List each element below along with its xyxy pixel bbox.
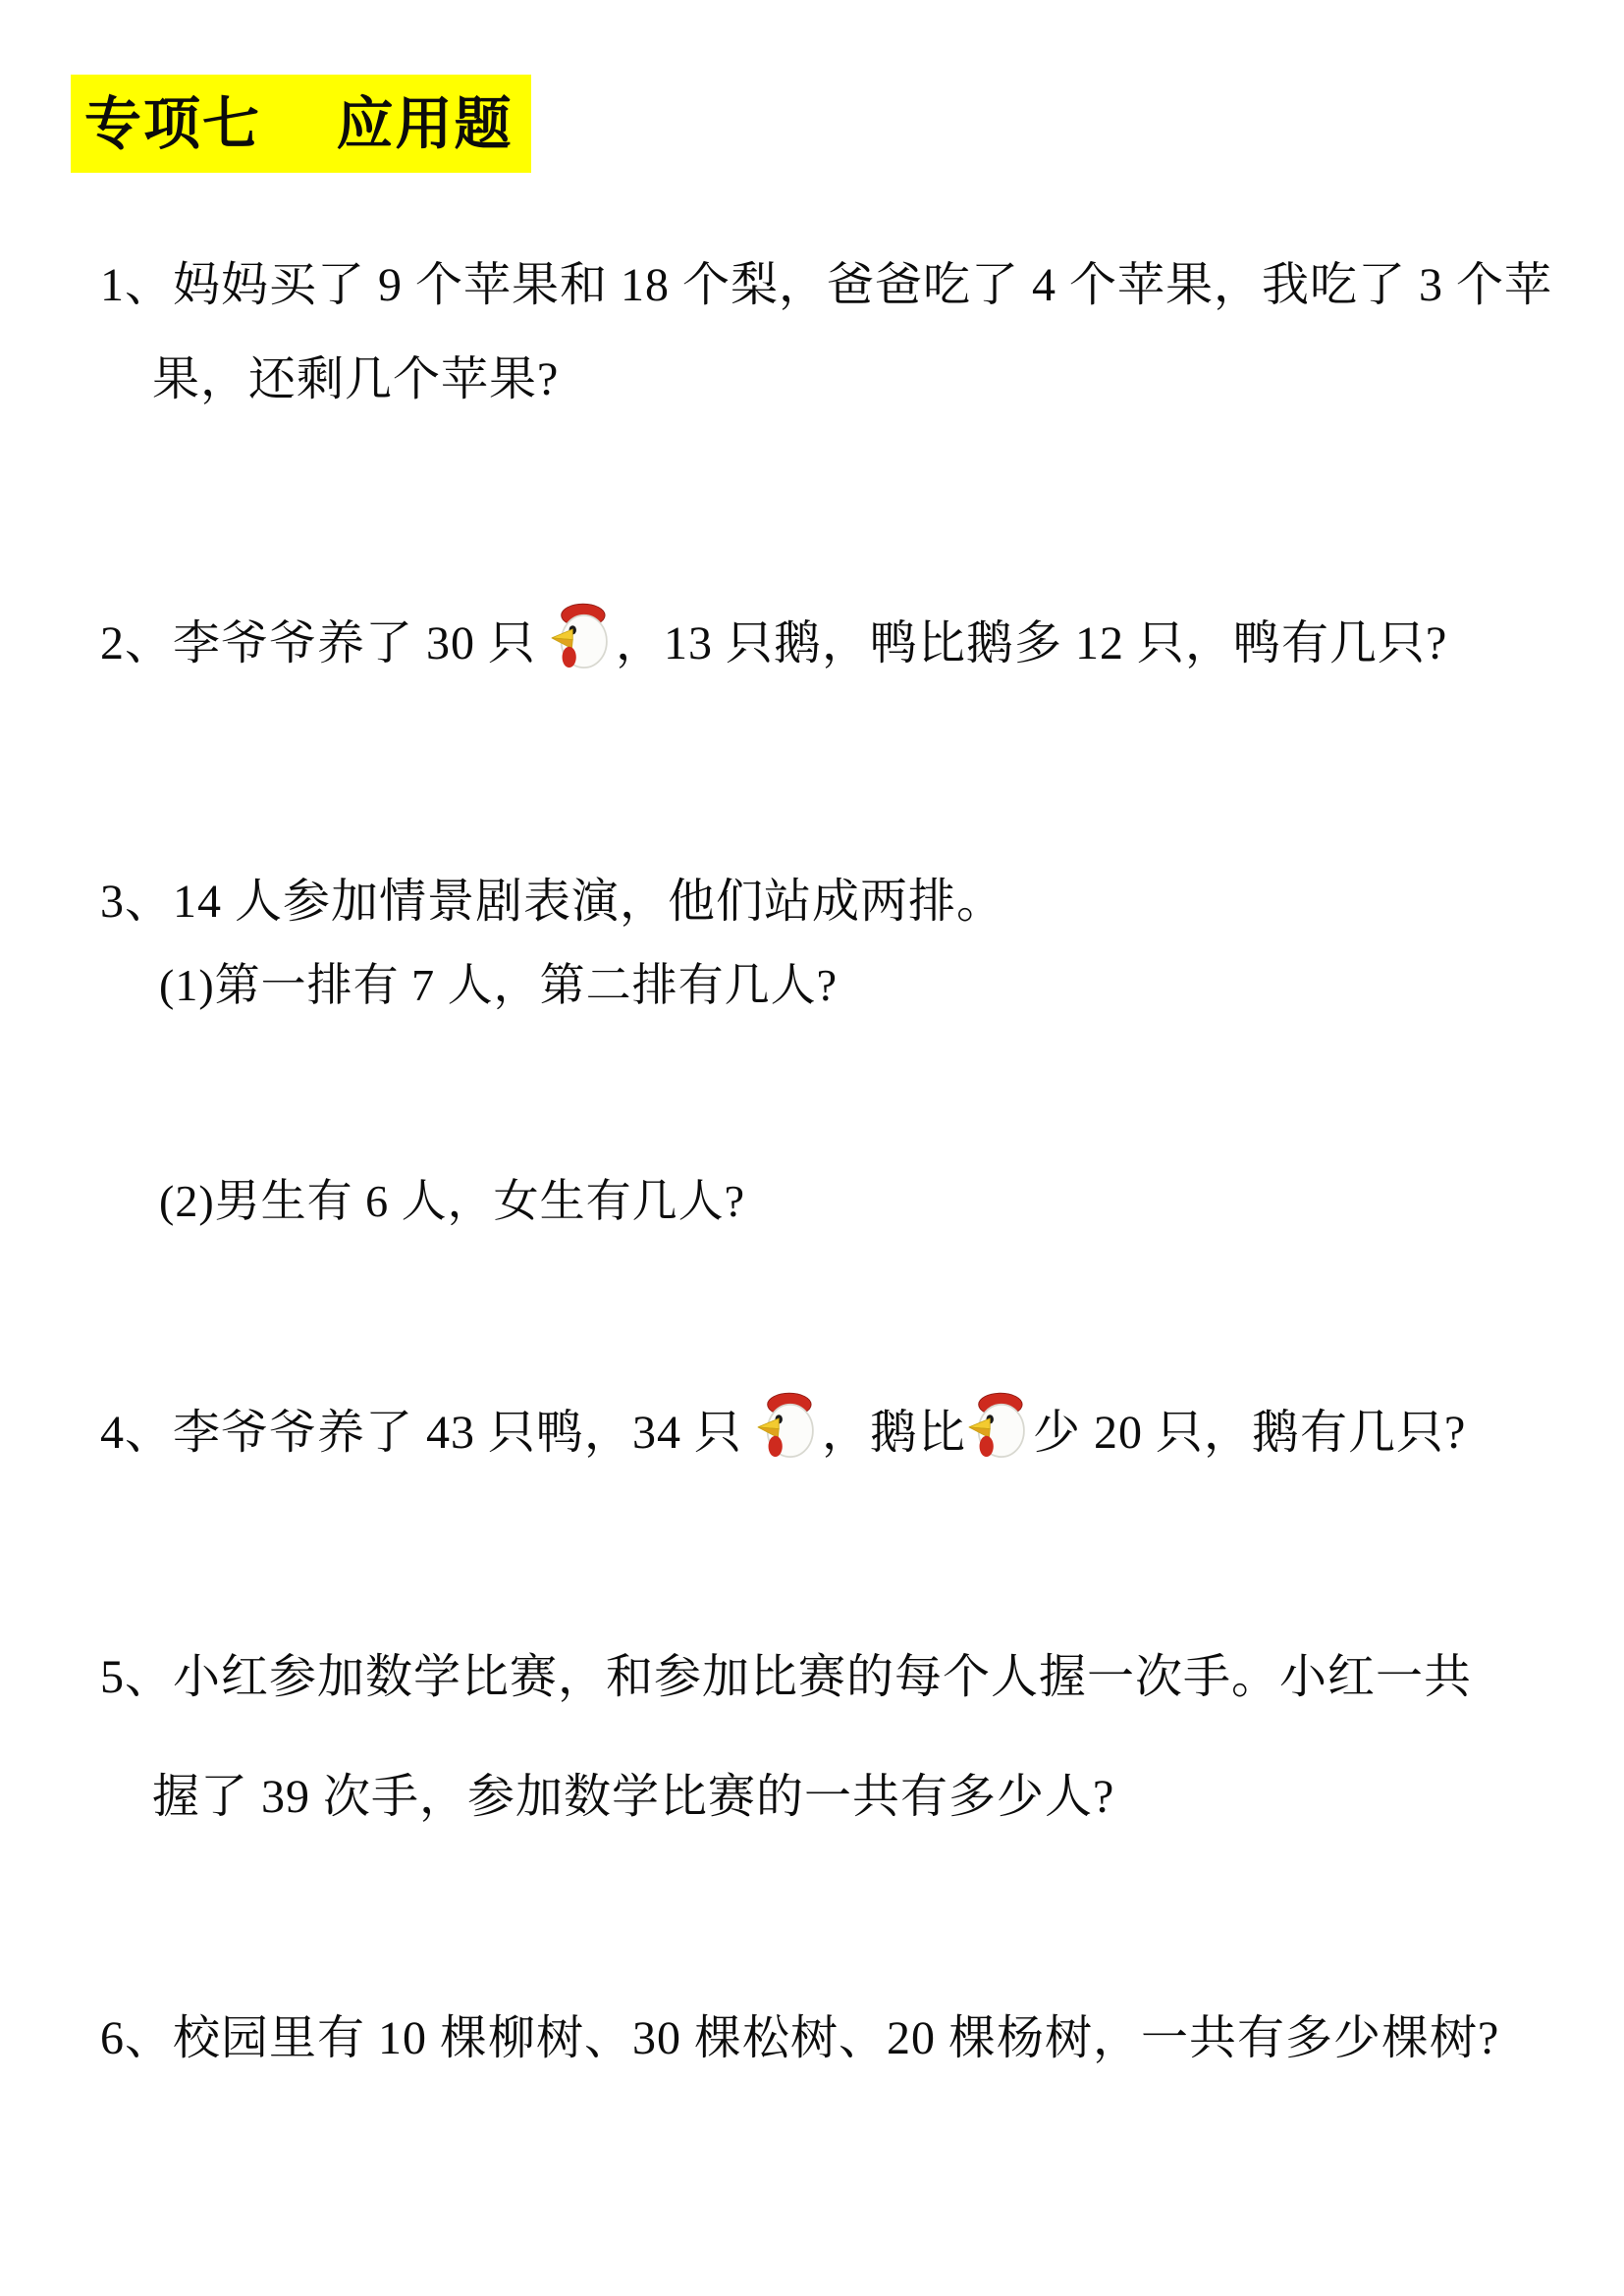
worksheet-page: 专项七 应用题 1、妈妈买了 9 个苹果和 18 个梨，爸爸吃了 4 个苹果，我… [0,0,1624,2296]
problem-1-line-2: 果，还剩几个苹果? [101,302,559,457]
problem-2-text-after: ，13 只鹅，鸭比鹅多 12 只，鸭有几只? [616,617,1447,669]
problem-5-text-2: 握了 39 次手，参加数学比赛的一共有多少人? [152,1771,1114,1823]
problem-4-text-2: ，鹅比 [822,1407,966,1459]
problem-2-text-before: 2、李爷爷养了 30 只 [100,617,549,669]
chicken-icon [551,598,614,676]
problem-1-text-2: 果，还剩几个苹果? [152,353,559,405]
problem-3-question-2-text: (2)男生有 6 人，女生有几人? [159,1176,745,1226]
problem-6-text: 6、校园里有 10 棵柳树、30 棵松树、20 棵杨树，一共有多少棵树? [100,2012,1499,2064]
problem-4: 4、李爷爷养了 43 只鸭，34 只 ，鹅比少 20 只，鹅有几只? [49,1335,1466,1518]
problem-4-text-3: 少 20 只，鹅有几只? [1033,1407,1466,1459]
problem-3-question-1-text: (1)第一排有 7 人，第二排有几人? [159,960,838,1010]
problem-5-line-2: 握了 39 次手，参加数学比赛的一共有多少人? [101,1720,1114,1875]
page-title: 专项七 应用题 [71,75,531,173]
problem-6: 6、校园里有 10 棵柳树、30 棵松树、20 棵杨树，一共有多少棵树? [49,1961,1499,2116]
problem-4-text-1: 4、李爷爷养了 43 只鸭，34 只 [100,1407,755,1459]
chicken-icon [757,1387,820,1466]
problem-3-question-2: (2)男生有 6 人，女生有几人? [110,1127,745,1276]
problem-5-text-1: 5、小红参加数学比赛，和参加比赛的每个人握一次手。小红一共 [100,1651,1472,1703]
problem-2: 2、李爷爷养了 30 只 ，13 只鹅，鸭比鹅多 12 只，鸭有几只? [49,546,1447,728]
problem-3-question-1: (1)第一排有 7 人，第二排有几人? [110,911,838,1060]
chicken-icon [968,1387,1031,1466]
